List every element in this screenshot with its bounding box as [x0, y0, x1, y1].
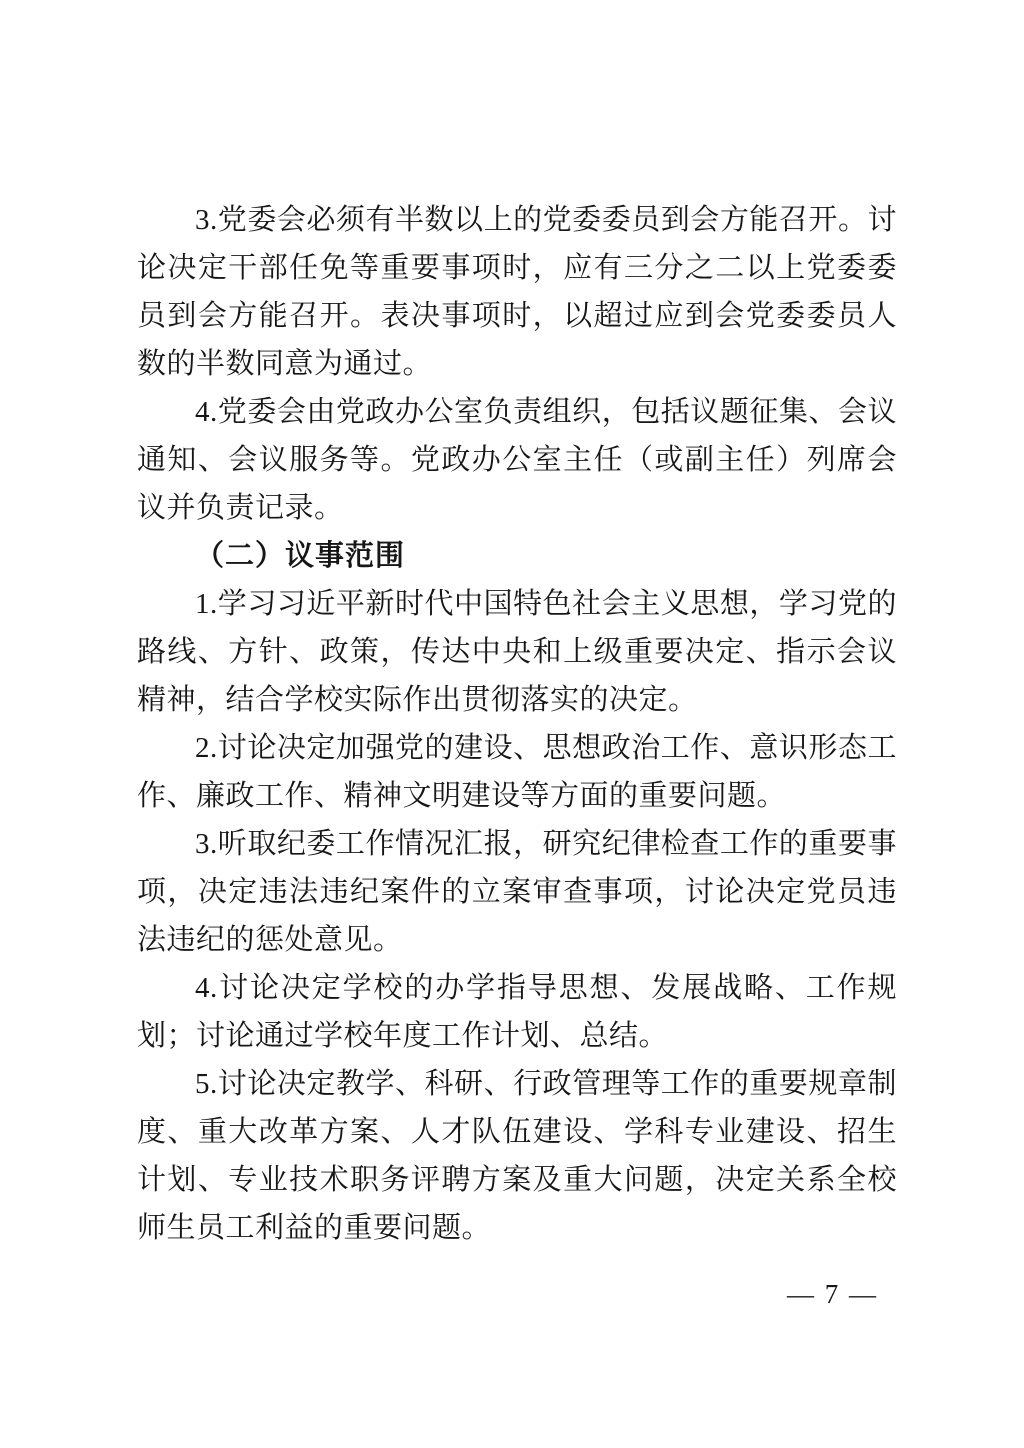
document-page: 3.党委会必须有半数以上的党委委员到会方能召开。讨论决定干部任免等重要事项时，应… — [0, 0, 1024, 1448]
paragraph: 4.党委会由党政办公室负责组织，包括议题征集、会议通知、会议服务等。党政办公室主… — [137, 388, 897, 532]
page-number: — 7 — — [787, 1274, 878, 1314]
section-heading: （二）议事范围 — [137, 532, 897, 580]
paragraph: 5.讨论决定教学、科研、行政管理等工作的重要规章制度、重大改革方案、人才队伍建设… — [137, 1060, 897, 1252]
paragraph: 3.党委会必须有半数以上的党委委员到会方能召开。讨论决定干部任免等重要事项时，应… — [137, 196, 897, 388]
document-body: 3.党委会必须有半数以上的党委委员到会方能召开。讨论决定干部任免等重要事项时，应… — [137, 196, 897, 1252]
paragraph: 4.讨论决定学校的办学指导思想、发展战略、工作规划；讨论通过学校年度工作计划、总… — [137, 964, 897, 1060]
paragraph: 2.讨论决定加强党的建设、思想政治工作、意识形态工作、廉政工作、精神文明建设等方… — [137, 724, 897, 820]
paragraph: 3.听取纪委工作情况汇报，研究纪律检查工作的重要事项，决定违法违纪案件的立案审查… — [137, 820, 897, 964]
paragraph: 1.学习习近平新时代中国特色社会主义思想，学习党的路线、方针、政策，传达中央和上… — [137, 580, 897, 724]
